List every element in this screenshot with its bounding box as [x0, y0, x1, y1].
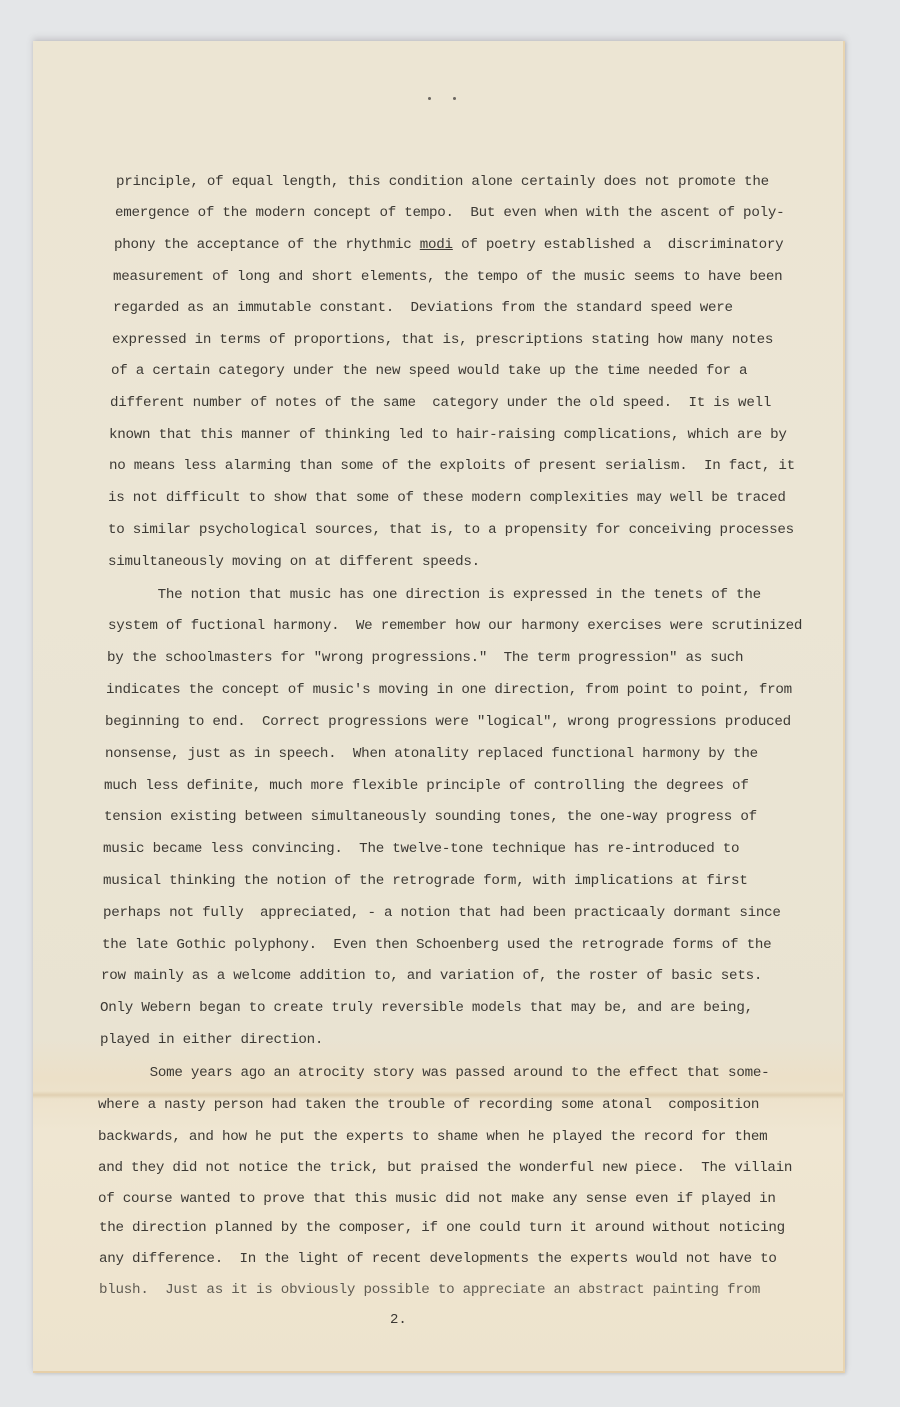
- text-line: is not difficult to show that some of th…: [108, 489, 786, 507]
- text-line: emergence of the modern concept of tempo…: [115, 204, 784, 222]
- text-line: known that this manner of thinking led t…: [109, 426, 787, 444]
- underlined-term: modi: [420, 237, 453, 253]
- text-line: The notion that music has one direction …: [108, 586, 761, 604]
- text-line: where a nasty person had taken the troub…: [98, 1096, 759, 1114]
- text-fragment: phony the acceptance of the rhythmic: [114, 237, 420, 253]
- text-line: nonsense, just as in speech. When atonal…: [105, 745, 758, 763]
- text-line: musical thinking the notion of the retro…: [103, 872, 748, 890]
- text-line: the late Gothic polyphony. Even then Sch…: [102, 936, 771, 954]
- staple-holes: [428, 97, 456, 101]
- text-line: measurement of long and short elements, …: [113, 268, 782, 286]
- text-line: tension existing between simultaneously …: [104, 808, 757, 826]
- text-line: played in either direction.: [100, 1031, 323, 1049]
- text-line: much less definite, much more flexible p…: [104, 777, 749, 795]
- text-line: Only Webern began to create truly revers…: [100, 999, 753, 1017]
- text-line: system of fuctional harmony. We remember…: [108, 617, 802, 635]
- text-line: Some years ago an atrocity story was pas…: [100, 1064, 769, 1082]
- text-line: principle, of equal length, this conditi…: [116, 173, 769, 191]
- text-fragment: of poetry established a discriminatory: [453, 237, 784, 253]
- page-number: 2.: [390, 1312, 407, 1328]
- text-line: simultaneously moving on at different sp…: [108, 553, 480, 571]
- text-line: row mainly as a welcome addition to, and…: [101, 967, 762, 985]
- text-line: and they did not notice the trick, but p…: [98, 1159, 792, 1177]
- text-line: perhaps not fully appreciated, - a notio…: [103, 904, 781, 922]
- text-line: backwards, and how he put the experts to…: [98, 1128, 767, 1146]
- text-line: expressed in terms of proportions, that …: [112, 331, 773, 349]
- text-line: beginning to end. Correct progressions w…: [105, 713, 791, 731]
- text-line: regarded as an immutable constant. Devia…: [113, 299, 733, 317]
- text-line: of course wanted to prove that this musi…: [98, 1190, 776, 1208]
- text-line: no means less alarming than some of the …: [109, 457, 795, 475]
- text-line: by the schoolmasters for "wrong progress…: [107, 649, 743, 667]
- text-line: indicates the concept of music's moving …: [106, 681, 792, 699]
- text-line: the direction planned by the composer, i…: [99, 1219, 785, 1237]
- text-line: blush. Just as it is obviously possible …: [99, 1281, 760, 1299]
- text-line: different number of notes of the same ca…: [110, 394, 771, 412]
- text-line: phony the acceptance of the rhythmic mod…: [114, 236, 783, 254]
- text-line: of a certain category under the new spee…: [111, 362, 747, 380]
- text-line: any difference. In the light of recent d…: [99, 1250, 777, 1268]
- text-line: music became less convincing. The twelve…: [103, 840, 739, 858]
- text-line: to similar psychological sources, that i…: [108, 521, 794, 539]
